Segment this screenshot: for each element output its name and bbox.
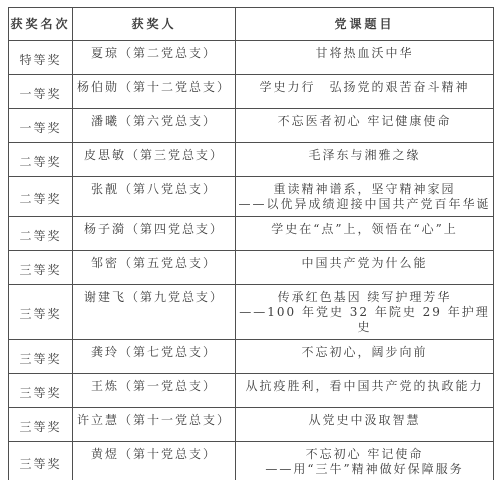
table-row: 一等奖杨伯勋（第十二党总支）学史力行 弘扬党的艰苦奋斗精神 <box>9 75 494 109</box>
topic-line: 从抗疫胜利，看中国共产党的执政能力 <box>237 379 492 394</box>
topic-line: 重读精神谱系，坚守精神家园 <box>237 182 492 197</box>
header-row: 获奖名次 获奖人 党课题目 <box>9 8 494 41</box>
award-rank-cell: 三等奖 <box>9 340 73 374</box>
col-header-award-rank: 获奖名次 <box>9 8 73 41</box>
topic-line: 不忘初心，阔步向前 <box>237 345 492 360</box>
table-row: 三等奖龚玲（第七党总支）不忘初心，阔步向前 <box>9 340 494 374</box>
topic-cell: 从抗疫胜利，看中国共产党的执政能力 <box>236 374 494 408</box>
table-header: 获奖名次 获奖人 党课题目 <box>9 8 494 41</box>
topic-line: 不忘初心 牢记使命 <box>237 447 492 462</box>
table-row: 一等奖潘曦（第六党总支）不忘医者初心 牢记健康使命 <box>9 109 494 143</box>
topic-line: ——以优异成绩迎接中国共产党百年华诞 <box>237 197 492 212</box>
winner-cell: 潘曦（第六党总支） <box>73 109 236 143</box>
topic-line: 学史在“点”上，领悟在“心”上 <box>237 222 492 237</box>
table-row: 三等奖邹密（第五党总支）中国共产党为什么能 <box>9 251 494 285</box>
col-header-winner: 获奖人 <box>73 8 236 41</box>
table-body: 特等奖夏琼（第二党总支）甘将热血沃中华一等奖杨伯勋（第十二党总支）学史力行 弘扬… <box>9 41 494 480</box>
topic-cell: 不忘医者初心 牢记健康使命 <box>236 109 494 143</box>
winner-cell: 杨伯勋（第十二党总支） <box>73 75 236 109</box>
topic-cell: 不忘初心 牢记使命——用“三牛”精神做好保障服务 <box>236 442 494 480</box>
topic-line: 中国共产党为什么能 <box>237 256 492 271</box>
winner-cell: 夏琼（第二党总支） <box>73 41 236 75</box>
topic-cell: 传承红色基因 续写护理芳华——100 年党史 32 年院史 29 年护理史 <box>236 285 494 340</box>
winner-cell: 龚玲（第七党总支） <box>73 340 236 374</box>
topic-line: 不忘医者初心 牢记健康使命 <box>237 114 492 129</box>
award-rank-cell: 三等奖 <box>9 251 73 285</box>
table-row: 特等奖夏琼（第二党总支）甘将热血沃中华 <box>9 41 494 75</box>
topic-line: 学史力行 弘扬党的艰苦奋斗精神 <box>237 80 492 95</box>
award-rank-cell: 三等奖 <box>9 408 73 442</box>
table-row: 二等奖杨子漪（第四党总支）学史在“点”上，领悟在“心”上 <box>9 217 494 251</box>
winner-cell: 王炼（第一党总支） <box>73 374 236 408</box>
topic-cell: 学史在“点”上，领悟在“心”上 <box>236 217 494 251</box>
award-rank-cell: 一等奖 <box>9 75 73 109</box>
topic-cell: 从党史中汲取智慧 <box>236 408 494 442</box>
winner-cell: 皮思敏（第三党总支） <box>73 143 236 177</box>
award-table: 获奖名次 获奖人 党课题目 特等奖夏琼（第二党总支）甘将热血沃中华一等奖杨伯勋（… <box>8 7 494 480</box>
document-page: 获奖名次 获奖人 党课题目 特等奖夏琼（第二党总支）甘将热血沃中华一等奖杨伯勋（… <box>0 0 500 480</box>
topic-cell: 甘将热血沃中华 <box>236 41 494 75</box>
topic-cell: 不忘初心，阔步向前 <box>236 340 494 374</box>
winner-cell: 许立慧（第十一党总支） <box>73 408 236 442</box>
topic-line: 甘将热血沃中华 <box>237 46 492 61</box>
topic-cell: 学史力行 弘扬党的艰苦奋斗精神 <box>236 75 494 109</box>
topic-line: ——用“三牛”精神做好保障服务 <box>237 462 492 477</box>
winner-cell: 黄煜（第十党总支） <box>73 442 236 480</box>
topic-cell: 毛泽东与湘雅之缘 <box>236 143 494 177</box>
topic-cell: 重读精神谱系，坚守精神家园——以优异成绩迎接中国共产党百年华诞 <box>236 177 494 217</box>
table-row: 三等奖黄煜（第十党总支）不忘初心 牢记使命——用“三牛”精神做好保障服务 <box>9 442 494 480</box>
topic-line: 从党史中汲取智慧 <box>237 413 492 428</box>
topic-cell: 中国共产党为什么能 <box>236 251 494 285</box>
topic-line: 毛泽东与湘雅之缘 <box>237 148 492 163</box>
topic-line: ——100 年党史 32 年院史 29 年护理史 <box>237 305 492 335</box>
award-rank-cell: 二等奖 <box>9 143 73 177</box>
col-header-topic: 党课题目 <box>236 8 494 41</box>
award-rank-cell: 二等奖 <box>9 177 73 217</box>
topic-line: 传承红色基因 续写护理芳华 <box>237 290 492 305</box>
table-row: 三等奖谢建飞（第九党总支）传承红色基因 续写护理芳华——100 年党史 32 年… <box>9 285 494 340</box>
winner-cell: 邹密（第五党总支） <box>73 251 236 285</box>
winner-cell: 张靓（第八党总支） <box>73 177 236 217</box>
table-row: 三等奖许立慧（第十一党总支）从党史中汲取智慧 <box>9 408 494 442</box>
award-rank-cell: 三等奖 <box>9 285 73 340</box>
award-rank-cell: 一等奖 <box>9 109 73 143</box>
table-row: 二等奖皮思敏（第三党总支）毛泽东与湘雅之缘 <box>9 143 494 177</box>
award-rank-cell: 三等奖 <box>9 442 73 480</box>
table-row: 三等奖王炼（第一党总支）从抗疫胜利，看中国共产党的执政能力 <box>9 374 494 408</box>
award-rank-cell: 特等奖 <box>9 41 73 75</box>
award-rank-cell: 二等奖 <box>9 217 73 251</box>
table-row: 二等奖张靓（第八党总支）重读精神谱系，坚守精神家园——以优异成绩迎接中国共产党百… <box>9 177 494 217</box>
winner-cell: 杨子漪（第四党总支） <box>73 217 236 251</box>
award-rank-cell: 三等奖 <box>9 374 73 408</box>
winner-cell: 谢建飞（第九党总支） <box>73 285 236 340</box>
